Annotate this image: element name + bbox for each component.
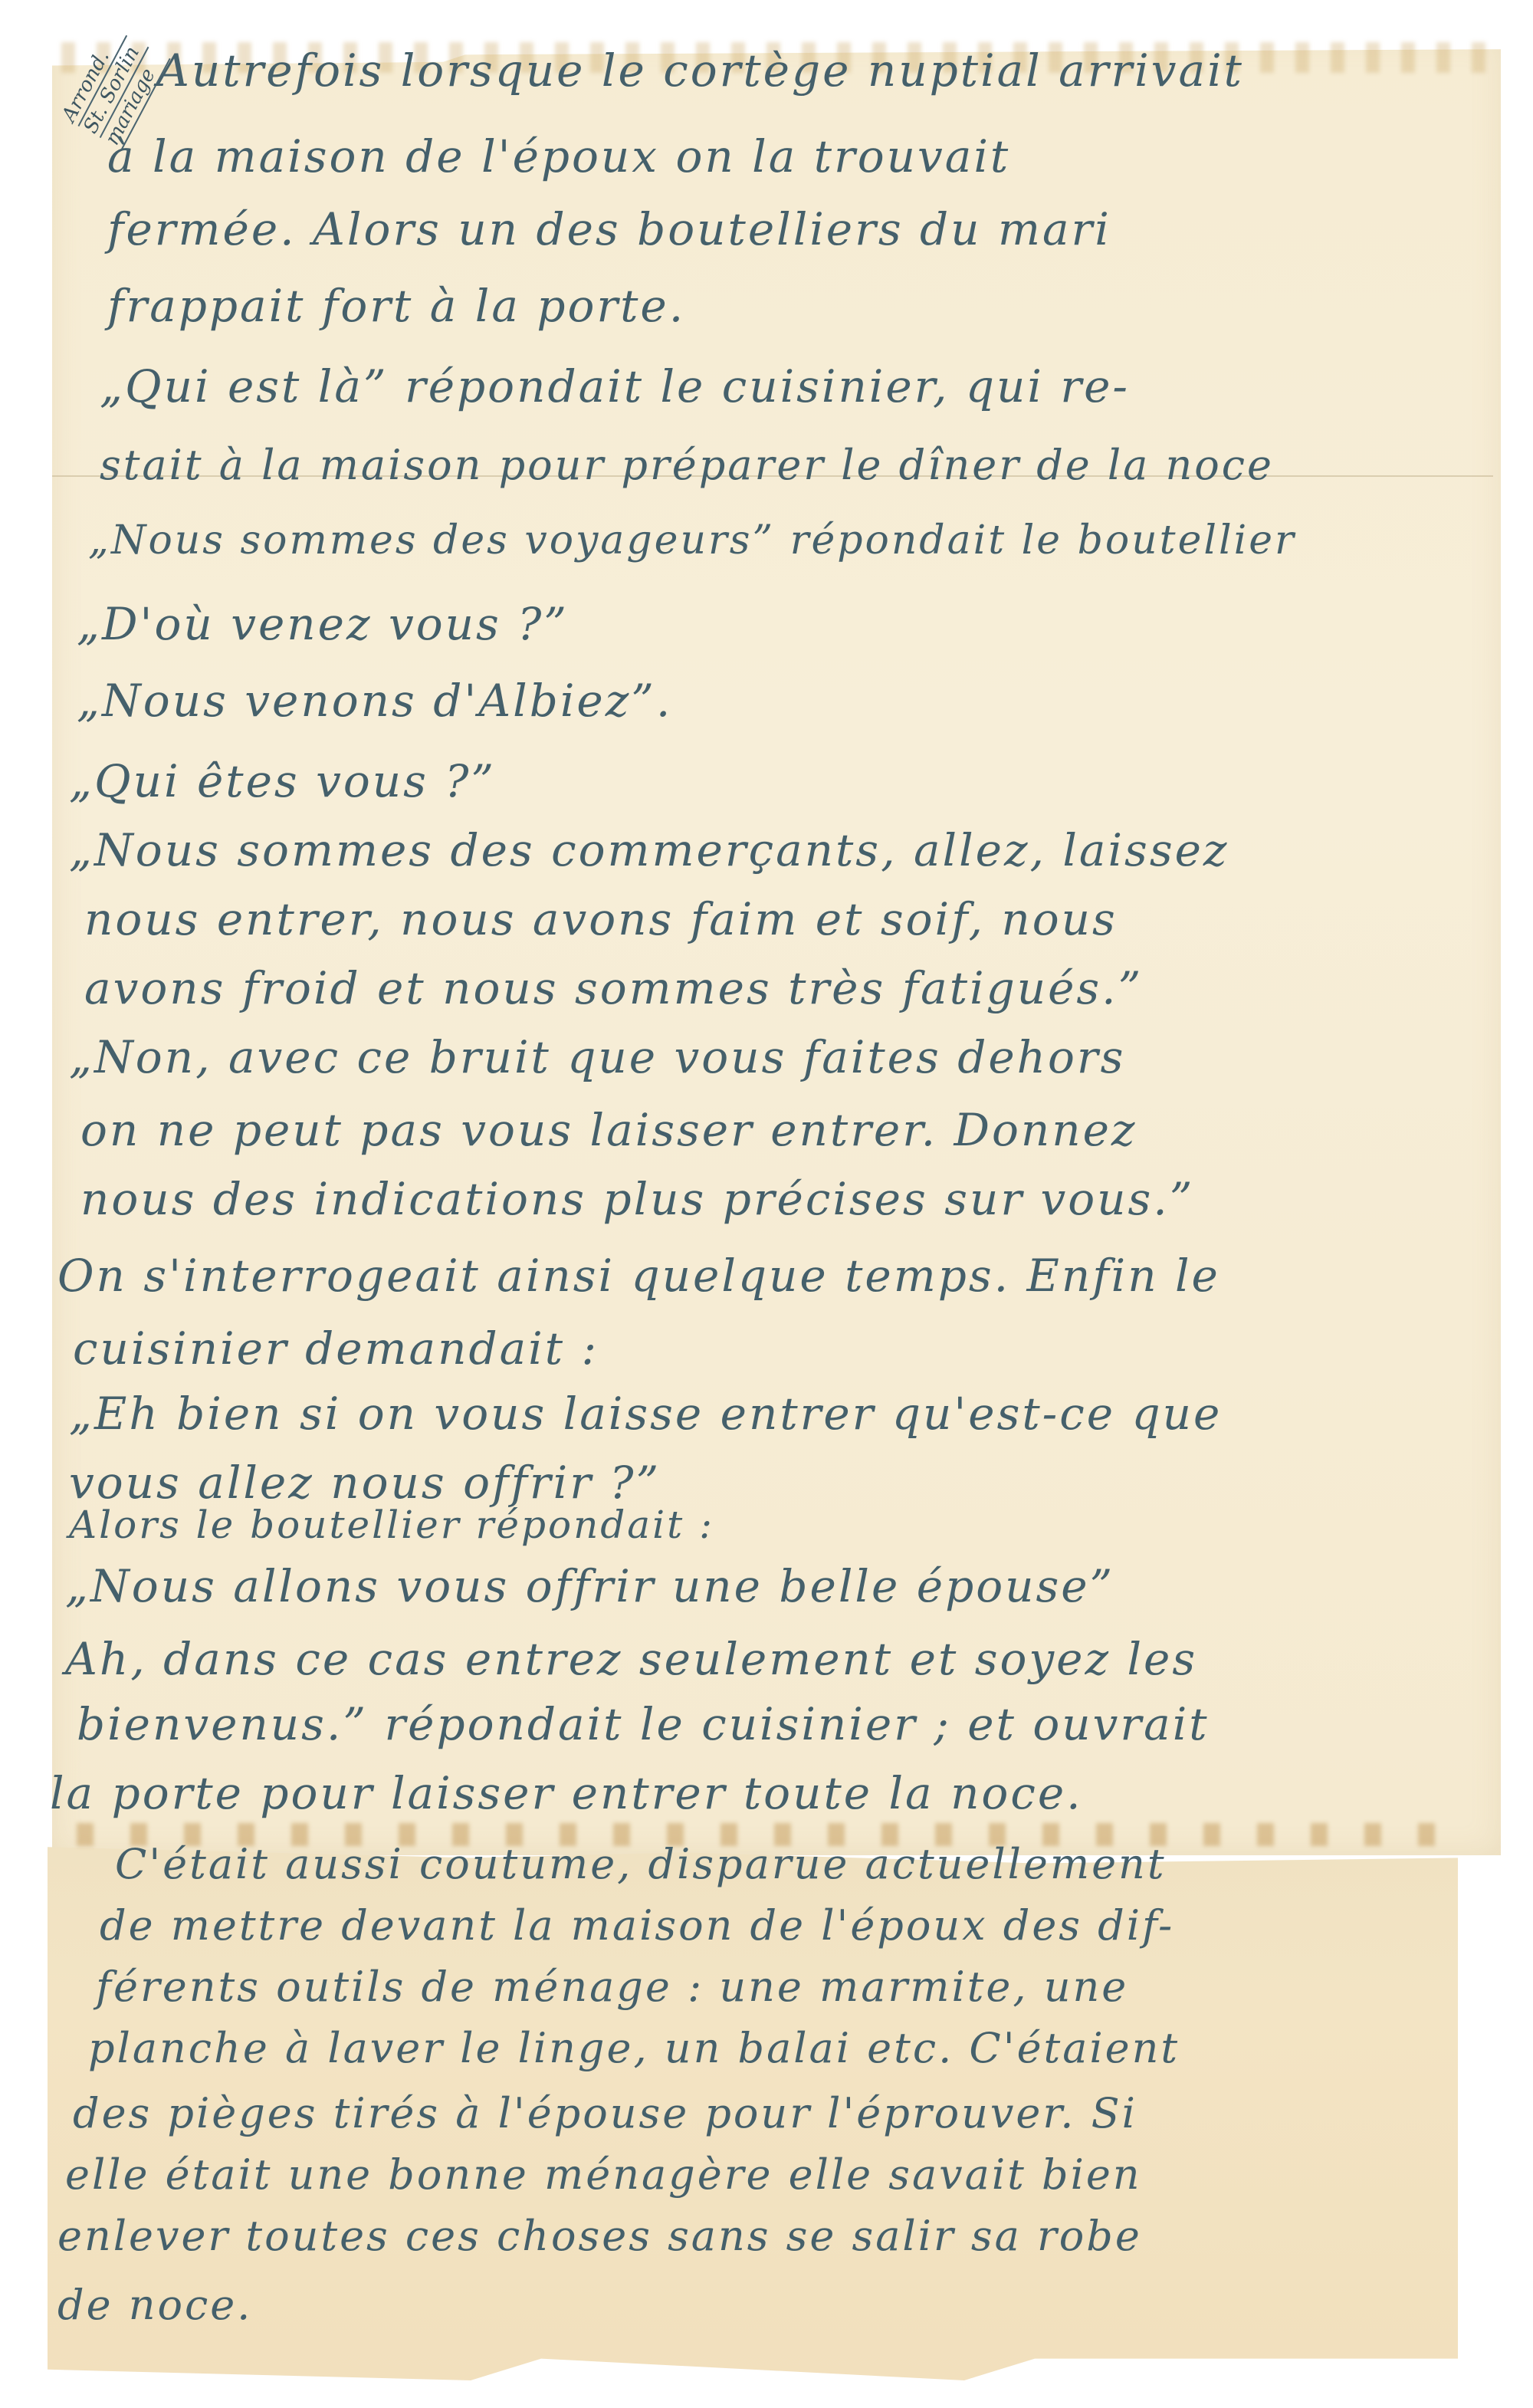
text-line: Autrefois lorsque le cortège nuptial arr… xyxy=(157,44,1244,97)
text-line: „Eh bien si on vous laisse entrer qu'est… xyxy=(69,1388,1222,1440)
text-line: „Nous sommes des commerçants, allez, lai… xyxy=(69,824,1229,876)
text-line: férents outils de ménage : une marmite, … xyxy=(96,1963,1128,2011)
text-line: elle était une bonne ménagère elle savai… xyxy=(65,2150,1142,2199)
text-line: de mettre devant la maison de l'époux de… xyxy=(100,1901,1174,1950)
text-line: avons froid et nous sommes très fatigués… xyxy=(84,962,1143,1014)
text-line: planche à laver le linge, un balai etc. … xyxy=(88,2024,1180,2072)
text-line: C'était aussi coutume, disparue actuelle… xyxy=(115,1840,1167,1888)
text-line: frappait fort à la porte. xyxy=(107,280,685,332)
text-line: nous des indications plus précises sur v… xyxy=(80,1173,1194,1225)
text-line: Alors le boutellier répondait : xyxy=(69,1503,714,1547)
text-line: on ne peut pas vous laisser entrer. Donn… xyxy=(80,1104,1137,1156)
text-line: bienvenus.” répondait le cuisinier ; et … xyxy=(77,1698,1210,1750)
text-line: de noce. xyxy=(57,2281,252,2329)
text-line: „Nous allons vous offrir une belle épous… xyxy=(65,1560,1114,1612)
text-line: „Qui est là” répondait le cuisinier, qui… xyxy=(100,360,1130,412)
text-line: „Nous venons d'Albiez”. xyxy=(77,675,672,727)
text-line: à la maison de l'époux on la trouvait xyxy=(107,130,1010,182)
text-line: „Nous sommes des voyageurs” répondait le… xyxy=(88,517,1296,563)
text-line: vous allez nous offrir ?” xyxy=(69,1457,661,1509)
text-line: nous entrer, nous avons faim et soif, no… xyxy=(84,893,1118,945)
text-line: des pièges tirés à l'épouse pour l'éprou… xyxy=(73,2089,1137,2137)
text-line: la porte pour laisser entrer toute la no… xyxy=(50,1767,1083,1819)
text-line: Ah, dans ce cas entrez seulement et soye… xyxy=(65,1633,1197,1685)
text-line: fermée. Alors un des boutelliers du mari xyxy=(107,203,1111,255)
text-line: „Non, avec ce bruit que vous faites deho… xyxy=(69,1031,1125,1083)
text-line: „Qui êtes vous ?” xyxy=(69,755,496,807)
text-line: On s'interrogeait ainsi quelque temps. E… xyxy=(57,1250,1220,1302)
text-line: enlever toutes ces choses sans se salir … xyxy=(57,2212,1142,2260)
text-line: „D'où venez vous ?” xyxy=(77,598,569,650)
text-line: cuisinier demandait : xyxy=(73,1322,599,1375)
text-line: stait à la maison pour préparer le dîner… xyxy=(100,441,1274,489)
